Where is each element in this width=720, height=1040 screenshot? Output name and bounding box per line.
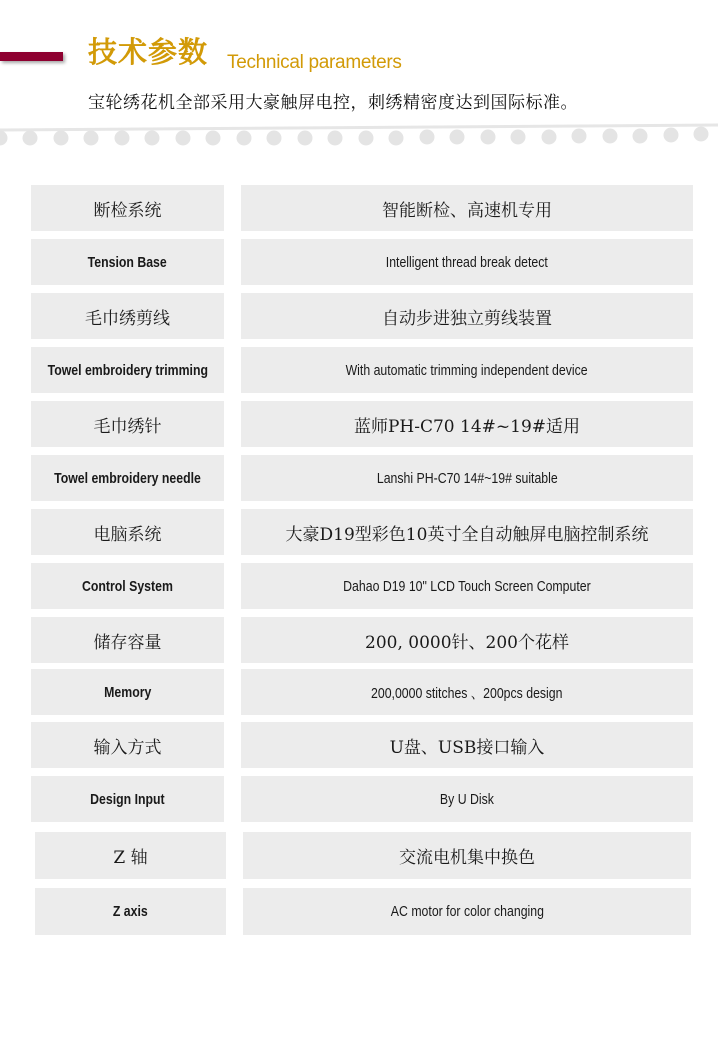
spec-label: Z 轴 <box>35 832 226 879</box>
spec-label: 输入方式 <box>31 722 224 768</box>
page-subtitle: 宝轮绣花机全部采用大豪触屏电控，刺绣精密度达到国际标准。 <box>88 88 578 113</box>
spec-label-text: 储存容量 <box>94 628 162 653</box>
spec-value: Intelligent thread break detect <box>241 239 693 285</box>
spec-value: 智能断检、高速机专用 <box>241 185 693 231</box>
spec-label: 毛巾绣针 <box>31 401 224 447</box>
spec-label: Design Input <box>31 776 224 822</box>
spec-label: Towel embroidery trimming <box>31 347 224 393</box>
spec-value-text: AC motor for color changing <box>390 903 543 920</box>
spec-label-text: 毛巾绣剪线 <box>85 304 170 329</box>
accent-bar <box>0 52 63 61</box>
spec-value: AC motor for color changing <box>243 888 691 935</box>
spec-label: Control System <box>31 563 224 609</box>
spec-value-text: 蓝师PH-C70 14#~19#适用 <box>354 412 580 437</box>
page-title: 技术参数 <box>88 30 208 71</box>
spec-value: 200, 0000针、200个花样 <box>241 617 693 663</box>
dotted-divider <box>0 118 720 148</box>
spec-label-text: 输入方式 <box>94 733 162 758</box>
spec-value: 蓝师PH-C70 14#~19#适用 <box>241 401 693 447</box>
spec-label-text: 毛巾绣针 <box>94 412 162 437</box>
spec-value: Lanshi PH-C70 14#~19# suitable <box>241 455 693 501</box>
spec-label: 电脑系统 <box>31 509 224 555</box>
spec-label-text: Design Input <box>90 791 164 808</box>
spec-label: 断检系统 <box>31 185 224 231</box>
spec-value: 200,0000 stitches 、200pcs design <box>241 669 693 715</box>
spec-label: Z axis <box>35 888 226 935</box>
spec-value-text: By U Disk <box>440 791 494 808</box>
spec-label-text: 电脑系统 <box>94 520 162 545</box>
spec-label: Towel embroidery needle <box>31 455 224 501</box>
spec-value-text: Intelligent thread break detect <box>386 254 548 271</box>
spec-value: By U Disk <box>241 776 693 822</box>
spec-value-text: Dahao D19 10" LCD Touch Screen Computer <box>343 578 591 595</box>
spec-label-text: Memory <box>104 684 151 701</box>
page-title-english: Technical parameters <box>227 52 402 74</box>
spec-label: 储存容量 <box>31 617 224 663</box>
spec-value-text: 200, 0000针、200个花样 <box>365 628 569 653</box>
spec-label: 毛巾绣剪线 <box>31 293 224 339</box>
spec-value: 交流电机集中换色 <box>243 832 691 879</box>
spec-value-text: 智能断检、高速机专用 <box>382 196 552 221</box>
spec-label-text: Z 轴 <box>113 843 147 868</box>
spec-value-text: Lanshi PH-C70 14#~19# suitable <box>377 470 558 487</box>
spec-label-text: Towel embroidery trimming <box>47 362 207 379</box>
spec-value-text: 200,0000 stitches 、200pcs design <box>371 682 562 703</box>
spec-value-text: 大豪D19型彩色10英寸全自动触屏电脑控制系统 <box>286 520 649 545</box>
spec-value: 自动步进独立剪线装置 <box>241 293 693 339</box>
spec-label-text: 断检系统 <box>94 196 162 221</box>
spec-value-text: With automatic trimming independent devi… <box>346 362 588 379</box>
spec-value-text: 自动步进独立剪线装置 <box>382 304 552 329</box>
spec-label: Tension Base <box>31 239 224 285</box>
spec-label-text: Z axis <box>113 903 148 920</box>
spec-label-text: Towel embroidery needle <box>54 470 201 487</box>
spec-value: With automatic trimming independent devi… <box>241 347 693 393</box>
spec-value-text: 交流电机集中换色 <box>399 843 535 868</box>
spec-value: Dahao D19 10" LCD Touch Screen Computer <box>241 563 693 609</box>
spec-value: 大豪D19型彩色10英寸全自动触屏电脑控制系统 <box>241 509 693 555</box>
spec-label-text: Control System <box>82 578 173 595</box>
spec-label-text: Tension Base <box>88 254 167 271</box>
spec-label: Memory <box>31 669 224 715</box>
spec-value: U盘、USB接口输入 <box>241 722 693 768</box>
spec-value-text: U盘、USB接口输入 <box>390 733 545 758</box>
